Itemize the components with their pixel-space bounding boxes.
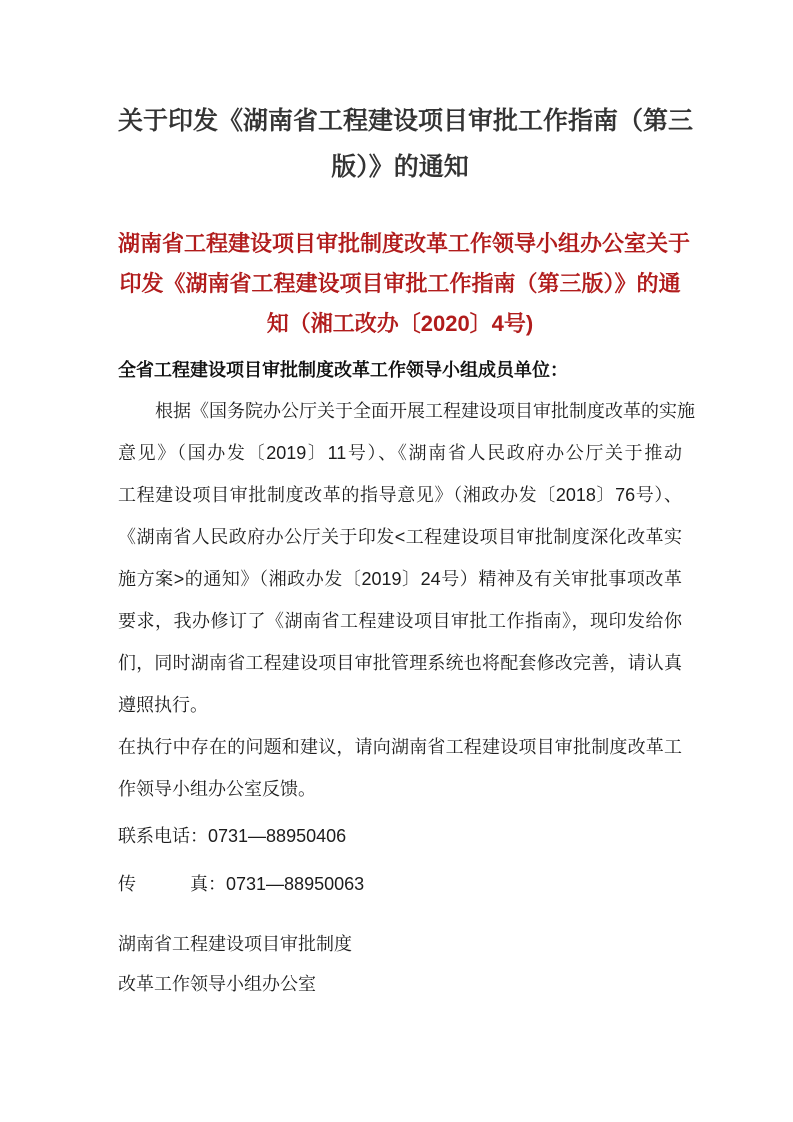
body-line: 遵照执行。 xyxy=(118,684,682,726)
title-line-2: 版）》的通知 xyxy=(118,144,682,190)
contact-phone: 联系电话：0731—88950406 xyxy=(118,812,682,860)
body-line: 施方案>的通知》（湘政办发〔2019〕24号）精神及有关审批事项改革 xyxy=(118,558,682,600)
body-line: 作领导小组办公室反馈。 xyxy=(118,768,682,810)
body-line: 根据《国务院办公厅关于全面开展工程建设项目审批制度改革的实施 xyxy=(118,390,682,432)
body-line: 们，同时湖南省工程建设项目审批管理系统也将配套修改完善，请认真 xyxy=(118,642,682,684)
body-line: 意见》（国办发〔2019〕11号）、《湖南省人民政府办公厅关于推动 xyxy=(118,432,682,474)
document-content: 关于印发《湖南省工程建设项目审批工作指南（第三 版）》的通知 湖南省工程建设项目… xyxy=(118,0,682,1004)
document-page: 关于印发《湖南省工程建设项目审批工作指南（第三 版）》的通知 湖南省工程建设项目… xyxy=(0,0,793,1122)
body-paragraph-2: 在执行中存在的问题和建议，请向湖南省工程建设项目审批制度改革工 作领导小组办公室… xyxy=(118,726,682,810)
signature-line-2: 改革工作领导小组办公室 xyxy=(118,964,682,1004)
signature-block: 湖南省工程建设项目审批制度 改革工作领导小组办公室 xyxy=(118,924,682,1004)
red-heading-line-2: 印发《湖南省工程建设项目审批工作指南（第三版）》的通 xyxy=(118,264,682,304)
body-line: 要求，我办修订了《湖南省工程建设项目审批工作指南》，现印发给你 xyxy=(118,600,682,642)
body-line: 工程建设项目审批制度改革的指导意见》（湘政办发〔2018〕76号）、 xyxy=(118,474,682,516)
title-line-1: 关于印发《湖南省工程建设项目审批工作指南（第三 xyxy=(118,98,682,144)
contact-block: 联系电话：0731—88950406 传 真：0731—88950063 xyxy=(118,812,682,908)
body-line: 《湖南省人民政府办公厅关于印发<工程建设项目审批制度深化改革实 xyxy=(118,516,682,558)
contact-fax: 传 真：0731—88950063 xyxy=(118,860,682,908)
document-title: 关于印发《湖南省工程建设项目审批工作指南（第三 版）》的通知 xyxy=(118,98,682,190)
red-heading-line-3: 知（湘工改办〔2020〕4号) xyxy=(118,304,682,344)
red-heading-line-1: 湖南省工程建设项目审批制度改革工作领导小组办公室关于 xyxy=(118,224,682,264)
body-line: 在执行中存在的问题和建议，请向湖南省工程建设项目审批制度改革工 xyxy=(118,726,682,768)
body-paragraph-1: 根据《国务院办公厅关于全面开展工程建设项目审批制度改革的实施 意见》（国办发〔2… xyxy=(118,390,682,726)
signature-line-1: 湖南省工程建设项目审批制度 xyxy=(118,924,682,964)
recipient-label: 全省工程建设项目审批制度改革工作领导小组成员单位： xyxy=(118,356,682,384)
red-heading: 湖南省工程建设项目审批制度改革工作领导小组办公室关于 印发《湖南省工程建设项目审… xyxy=(118,224,682,344)
